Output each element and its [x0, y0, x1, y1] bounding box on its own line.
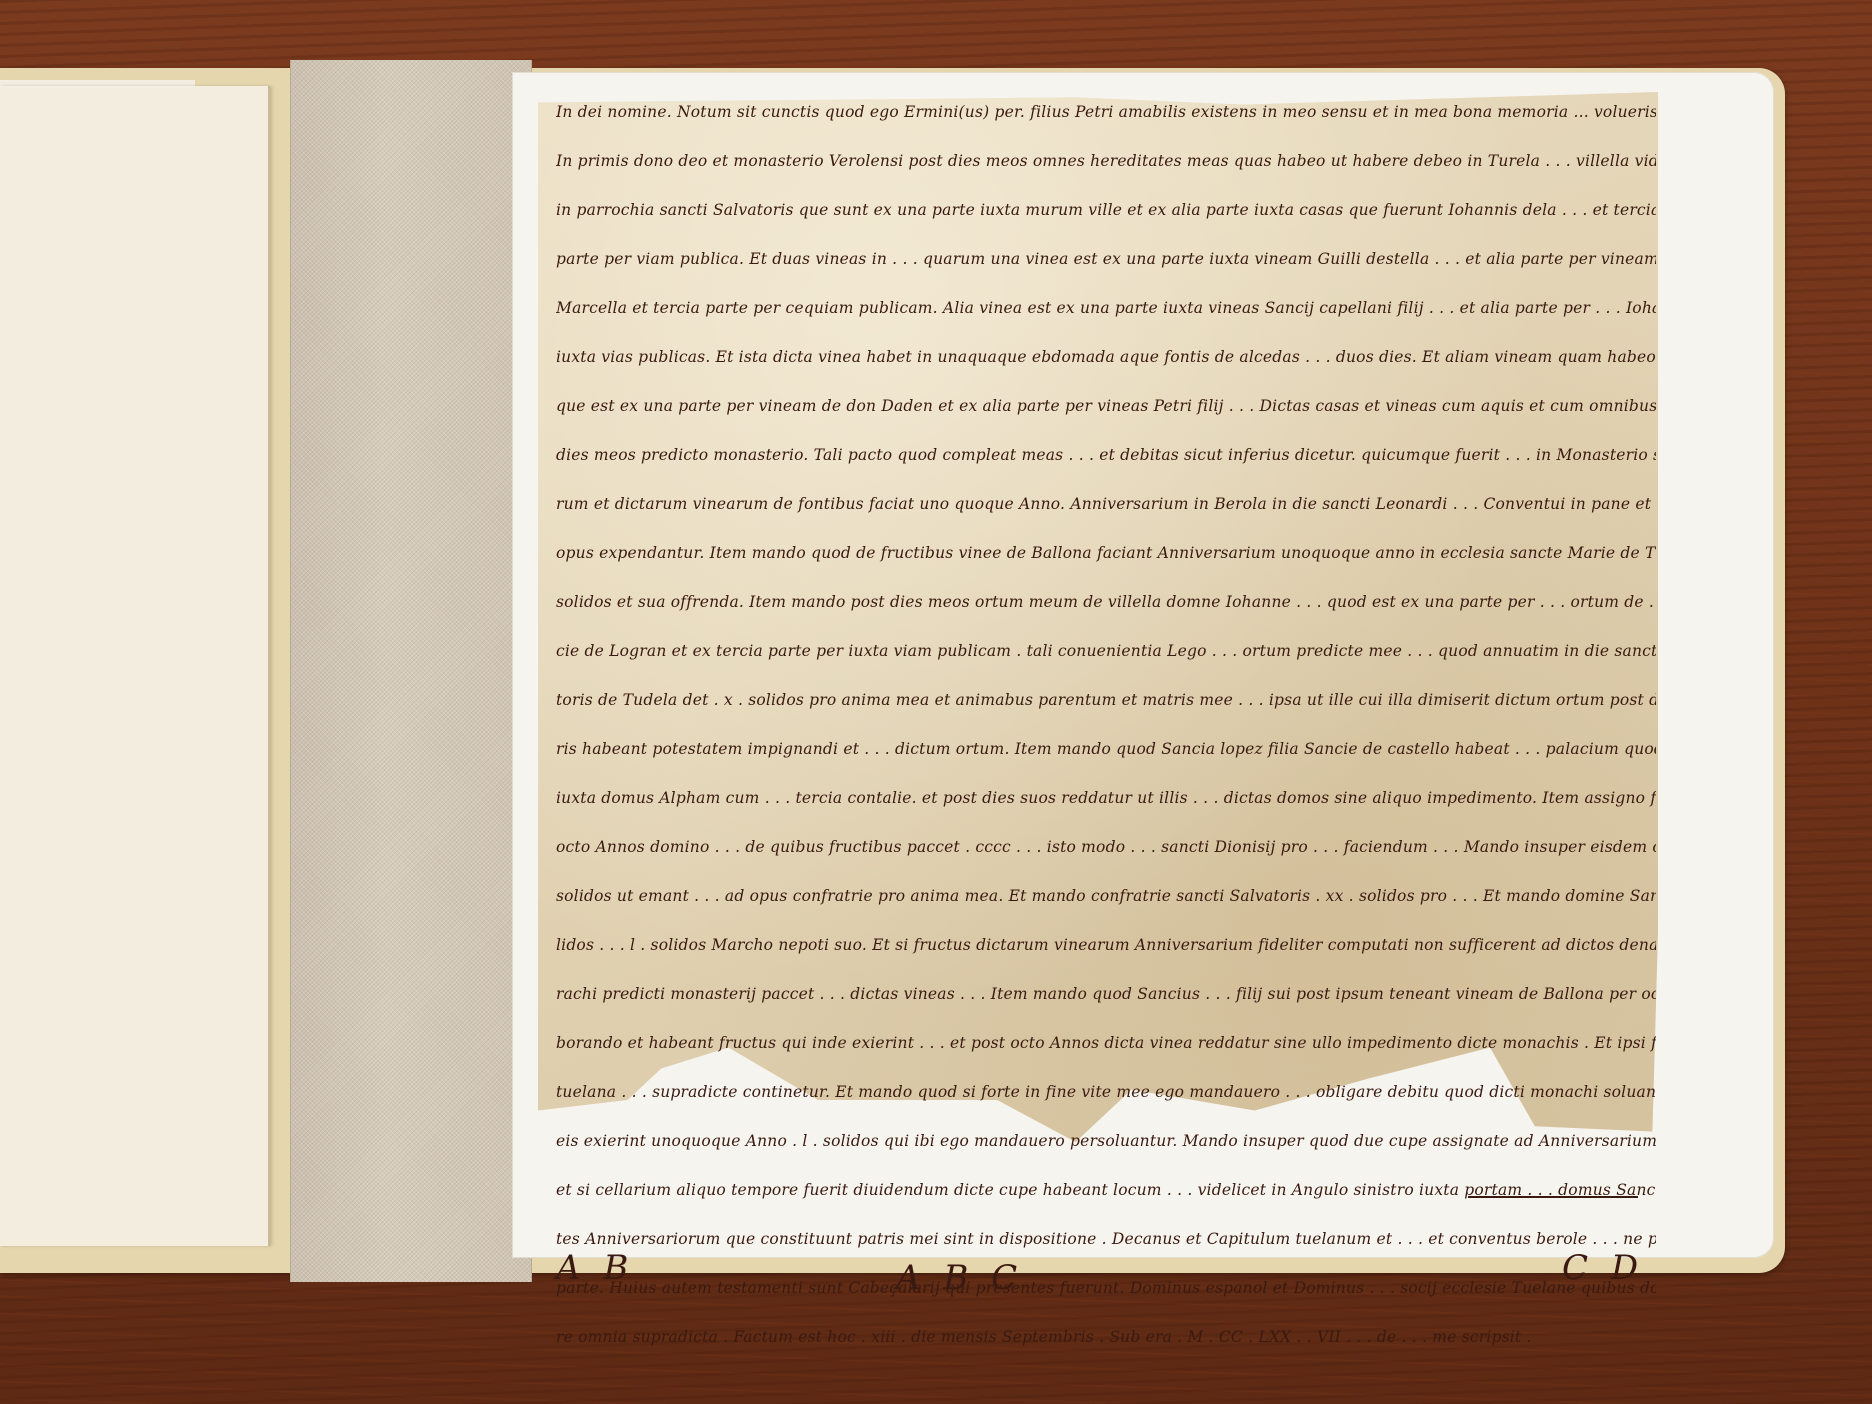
manuscript-line: solidos ut emant . . . ad opus confratri… [556, 872, 1656, 921]
manuscript-line: borando et habeant fructus qui inde exie… [556, 1019, 1656, 1068]
manuscript-line: rum et dictarum vinearum de fontibus fac… [556, 480, 1656, 529]
manuscript-line: dies meos predicto monasterio. Tali pact… [556, 431, 1656, 480]
closing-rule-line [1468, 1196, 1638, 1198]
manuscript-line: ris habeant potestatem impignandi et . .… [556, 725, 1656, 774]
manuscript-line: Marcella et tercia parte per cequiam pub… [556, 284, 1656, 333]
manuscript-line: in parrochia sancti Salvatoris que sunt … [556, 186, 1656, 235]
chirograph-middle: A B C [896, 1258, 1023, 1298]
manuscript-line: que est ex una parte per vineam de don D… [556, 382, 1656, 431]
manuscript-line: iuxta domus Alpham cum . . . tercia cont… [556, 774, 1656, 823]
manuscript-line: iuxta vias publicas. Et ista dicta vinea… [556, 333, 1656, 382]
manuscript-text: In dei nomine. Notum sit cunctis quod eg… [556, 88, 1656, 1362]
manuscript-line: eis exierint unoquoque Anno . l . solido… [556, 1117, 1656, 1166]
manuscript-line: In dei nomine. Notum sit cunctis quod eg… [556, 88, 1656, 137]
chirograph-right: C D [1562, 1248, 1644, 1288]
manuscript-line: tuelana . . . supradicte continetur. Et … [556, 1068, 1656, 1117]
folder-left-page [0, 86, 270, 1246]
chirograph-cut-letters: A B A B C C D [556, 1248, 1656, 1308]
manuscript-line: solidos et sua offrenda. Item mando post… [556, 578, 1656, 627]
manuscript-line: lidos . . . l . solidos Marcho nepoti su… [556, 921, 1656, 970]
manuscript-line: rachi predicti monasterij paccet . . . d… [556, 970, 1656, 1019]
manuscript-line: et si cellarium aliquo tempore fuerit di… [556, 1166, 1656, 1215]
manuscript-line: In primis dono deo et monasterio Verolen… [556, 137, 1656, 186]
manuscript-line: opus expendantur. Item mando quod de fru… [556, 529, 1656, 578]
manuscript-line: octo Annos domino . . . de quibus fructi… [556, 823, 1656, 872]
folder-cloth-spine [290, 60, 532, 1282]
manuscript-line: re omnia supradicta . Factum est hoc . x… [556, 1313, 1656, 1362]
manuscript-line: parte per viam publica. Et duas vineas i… [556, 235, 1656, 284]
manuscript-line: cie de Logran et ex tercia parte per iux… [556, 627, 1656, 676]
chirograph-left: A B [556, 1248, 634, 1288]
manuscript-line: toris de Tudela det . x . solidos pro an… [556, 676, 1656, 725]
